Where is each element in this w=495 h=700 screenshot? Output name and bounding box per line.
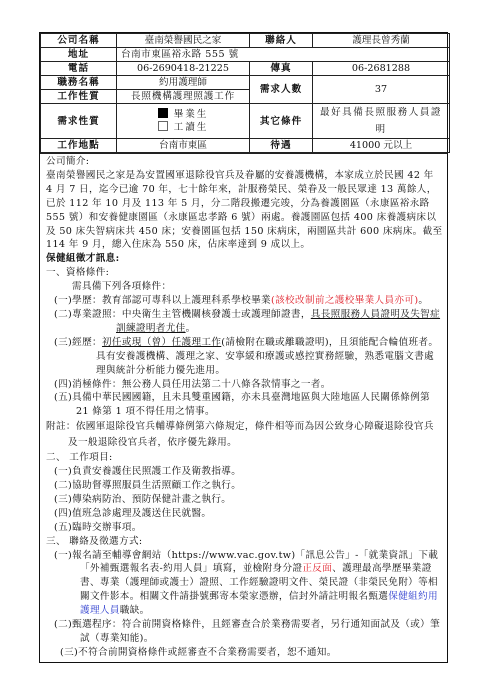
option-label: 畢業生 [174,109,209,120]
education-note-red: (該校改制前之護校畢業人員亦可) [271,295,418,306]
address-value: 台南市東區裕永路 555 號 [117,48,450,62]
location-label: 工作地點 [41,139,117,153]
demand-type-label: 需求性質 [41,104,117,139]
job-nature-label: 工作性質 [41,90,117,104]
headcount-label: 需求人數 [250,76,313,104]
qualification-license: (二)專業證照：中央衛生主管機關核發護士或護理師證書，具長照服務人員證明及失智症… [46,308,443,336]
contact-value: 護理長曾秀蘭 [313,34,450,48]
phone-value: 06-2690418-21225 [117,62,250,76]
option-graduate: 畢業生 [119,108,247,121]
other-conditions-value: 最好具備長照服務人員證明 [313,104,450,139]
qualifications-lead: 需具備下列各項條件： [46,280,443,294]
other-conditions-label: 其它條件 [250,104,313,139]
experience-underlined: 初任或現（曾）任護理工作 [102,337,221,348]
apply-text: 職缺。 [120,605,150,616]
table-row: 工作地點 台南市東區 待遇 41000 元以上 [41,139,450,153]
location-value: 台南市東區 [117,139,250,153]
salary-value: 41000 元以上 [313,139,450,153]
qualification-negative: (四)消極條件：無公務人員任用法第二十八條各款情事之一者。 [46,378,443,392]
apply-instructions: (一)報名請至輔導會網站（https://www.vac.gov.tw)「訊息公… [46,549,443,619]
option-part-time: 工讀生 [119,121,247,134]
rejection-notice: (三)不符合前開資格條件或經審查不合業務需要者，恕不通知。 [46,646,443,660]
qualification-nationality: (五)具備中華民國國籍，且未具雙重國籍，亦未具臺灣地區與大陸地區人民關係條例第 … [46,391,443,419]
table-row: 地址 台南市東區裕永路 555 號 [41,48,450,62]
table-row: 公司名稱 臺南榮譽國民之家 聯絡人 護理長曾秀蘭 [41,34,450,48]
job-title-label: 職務名稱 [41,76,117,90]
job-info-table: 公司名稱 臺南榮譽國民之家 聯絡人 護理長曾秀蘭 地址 台南市東區裕永路 555… [40,33,450,153]
job-posting-document: 公司名稱 臺南榮譽國民之家 聯絡人 護理長曾秀蘭 地址 台南市東區裕永路 555… [39,32,448,663]
demand-type-options: 畢業生 工讀生 [117,104,250,139]
duty-item: (五)臨時交辦事項。 [46,521,443,535]
phone-label: 電話 [41,62,117,76]
document-body: 公司簡介: 臺南榮譽國民之家是為安置國軍退除役官兵及眷屬的安養護機構，本家成立於… [40,153,447,662]
qualification-experience: (三)經歷：初任或現（曾）任護理工作(請檢附在職或離職證明)，且須能配合輪值班者… [46,336,443,378]
fax-value: 06-2681288 [313,62,450,76]
apply-red-text: 正反面 [302,563,332,574]
checkbox-unchecked-icon [158,121,168,131]
duty-item: (二)協助督導照服員生活照顧工作之執行。 [46,479,443,493]
contact-title: 三、 聯絡及徵選方式: [46,535,443,549]
education-text: (一)學歷：教育部認可專科以上護理科系學校畢業 [54,295,271,306]
intro-text: 臺南榮譽國民之家是為安置國軍退除役官兵及眷屬的安養護機構，本家成立於民國 42 … [46,169,443,252]
fax-label: 傳真 [250,62,313,76]
duty-item: (四)值班急診處理及護送住民就醫。 [46,507,443,521]
qualification-education: (一)學歷：教育部認可專科以上護理科系學校畢業(該校改制前之護校畢業人員亦可)。 [46,294,443,308]
table-row: 職務名稱 約用護理師 需求人數 37 [41,76,450,90]
license-text: (二)專業證照：中央衛生主管機關核發護士或護理師證書， [54,309,311,320]
contact-label: 聯絡人 [250,34,313,48]
company-label: 公司名稱 [41,34,117,48]
qualifications-title: 一、資格條件: [46,266,443,280]
duty-item: (三)傳染病防治、預防保健計畫之執行。 [46,493,443,507]
address-label: 地址 [41,48,117,62]
intro-heading: 公司簡介: [46,155,443,169]
job-title-value: 約用護理師 [117,76,250,90]
duty-item: (一)負責安養護住民照護工作及衛教指導。 [46,465,443,479]
salary-label: 待遇 [250,139,313,153]
table-row: 電話 06-2690418-21225 傳真 06-2681288 [41,62,450,76]
job-nature-value: 長照機構護理照護工作 [117,90,250,104]
qualification-footnote: 附註：依國軍退除役官兵輔導條例第六條規定，條件相等而為因公致身心障礙退除役官兵及… [46,419,443,451]
punct: 。 [186,323,196,334]
experience-label: (三)經歷： [54,337,102,348]
table-row: 需求性質 畢業生 工讀生 其它條件 最好具備長照服務人員證明 [41,104,450,139]
recruit-heading: 保健組徵才訊息: [46,252,443,266]
option-label: 工讀生 [174,122,209,133]
duties-title: 二、 工作項目: [46,451,443,465]
punct: 。 [418,295,428,306]
selection-process: (二)甄選程序：符合前開資格條件，且經審查合於業務需要者，另行通知面試及（或）筆… [46,618,443,646]
checkbox-checked-icon [158,108,168,118]
headcount-value: 37 [313,76,450,104]
company-value: 臺南榮譽國民之家 [117,34,250,48]
